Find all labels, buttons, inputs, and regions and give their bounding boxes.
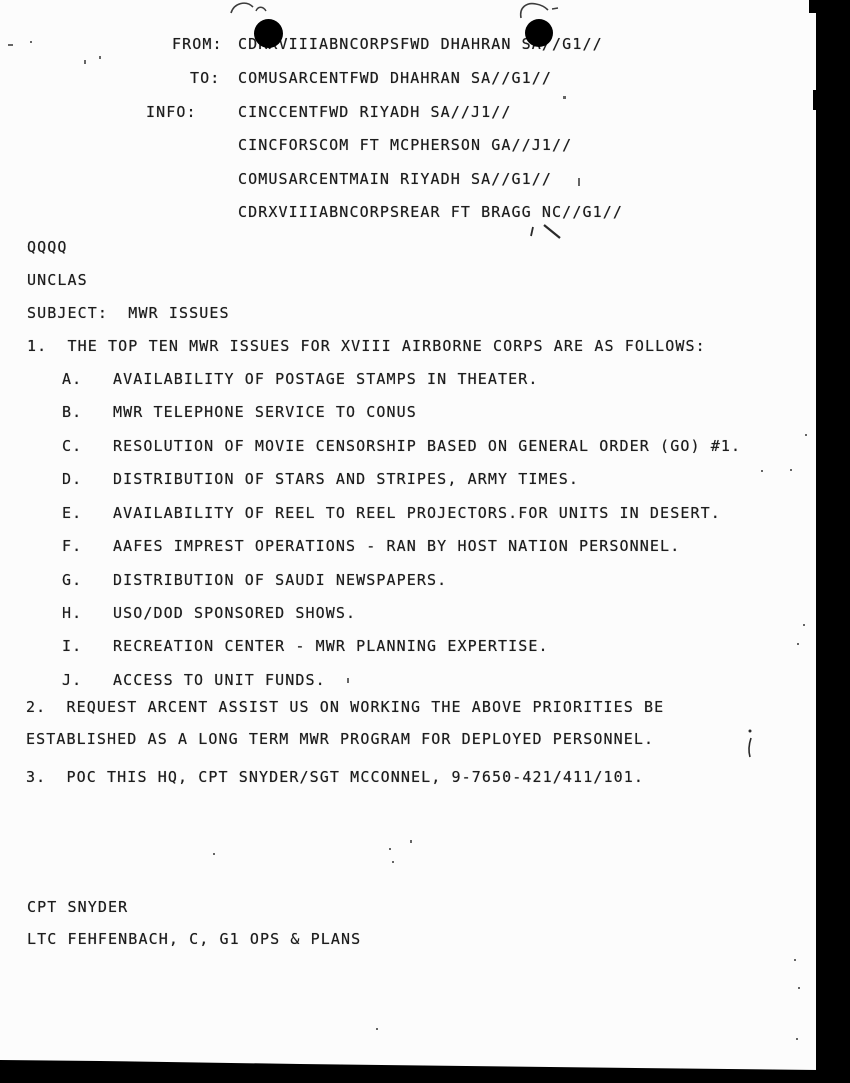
paragraph-2-line-2: ESTABLISHED AS A LONG TERM MWR PROGRAM F… bbox=[26, 732, 654, 748]
issue-letter: C. bbox=[62, 437, 82, 455]
message-code-line: QQQQ bbox=[27, 240, 68, 256]
issue-item-d: D.DISTRIBUTION OF STARS AND STRIPES, ARM… bbox=[62, 472, 822, 488]
paragraph-3: 3. POC THIS HQ, CPT SNYDER/SGT MCCONNEL,… bbox=[26, 770, 644, 786]
issue-text: AAFES IMPREST OPERATIONS - RAN BY HOST N… bbox=[113, 539, 680, 554]
pen-tick-mark bbox=[531, 227, 533, 236]
pen-slash-mark bbox=[544, 225, 560, 238]
issue-letter: D. bbox=[62, 470, 82, 488]
issue-letter: J. bbox=[62, 671, 82, 689]
to-value: COMUSARCENTFWD DHAHRAN SA//G1// bbox=[238, 71, 552, 87]
scan-speck bbox=[790, 469, 792, 471]
pencil-squiggle-mark bbox=[256, 7, 266, 11]
from-label: FROM: bbox=[172, 37, 223, 53]
redaction-dot bbox=[525, 19, 553, 47]
scan-speck bbox=[794, 959, 796, 961]
issue-letter: F. bbox=[62, 537, 82, 555]
ink-dot-mark bbox=[749, 730, 752, 733]
issue-item-f: F.AAFES IMPREST OPERATIONS - RAN BY HOST… bbox=[62, 539, 822, 555]
issue-letter: H. bbox=[62, 604, 82, 622]
info-label: INFO: bbox=[146, 105, 197, 121]
scan-edge-artifact-notch bbox=[809, 0, 816, 13]
scan-speck bbox=[347, 678, 349, 683]
scan-speck bbox=[563, 96, 566, 99]
scan-speck bbox=[805, 434, 807, 436]
scan-speck bbox=[84, 60, 86, 64]
issue-text: USO/DOD SPONSORED SHOWS. bbox=[113, 606, 356, 621]
issue-letter: I. bbox=[62, 637, 82, 655]
scan-speck bbox=[796, 1038, 798, 1040]
issue-text: RESOLUTION OF MOVIE CENSORSHIP BASED ON … bbox=[113, 439, 741, 454]
issue-item-g: G.DISTRIBUTION OF SAUDI NEWSPAPERS. bbox=[62, 573, 822, 589]
scan-speck bbox=[803, 624, 805, 626]
scan-edge-artifact-bottom bbox=[0, 1050, 850, 1083]
issue-letter: B. bbox=[62, 403, 82, 421]
to-label: TO: bbox=[190, 71, 220, 87]
scan-speck bbox=[798, 987, 800, 989]
issue-text: RECREATION CENTER - MWR PLANNING EXPERTI… bbox=[113, 639, 549, 654]
scanned-message-page: FROM: CDRXVIIIABNCORPSFWD DHAHRAN SA//G1… bbox=[0, 0, 850, 1083]
issue-text: MWR TELEPHONE SERVICE TO CONUS bbox=[113, 405, 417, 420]
issue-text: DISTRIBUTION OF SAUDI NEWSPAPERS. bbox=[113, 573, 447, 588]
issue-item-c: C.RESOLUTION OF MOVIE CENSORSHIP BASED O… bbox=[62, 439, 822, 455]
ink-stroke-mark bbox=[749, 738, 751, 757]
classification-line: UNCLAS bbox=[27, 273, 88, 289]
issue-letter: A. bbox=[62, 370, 82, 388]
pencil-squiggle-mark bbox=[231, 3, 253, 13]
info-value: CINCCENTFWD RIYADH SA//J1// bbox=[238, 105, 512, 121]
issue-item-b: B.MWR TELEPHONE SERVICE TO CONUS bbox=[62, 405, 822, 421]
issue-item-h: H.USO/DOD SPONSORED SHOWS. bbox=[62, 606, 822, 622]
info-value: CINCFORSCOM FT MCPHERSON GA//J1// bbox=[238, 138, 572, 154]
paragraph-2-line-1: 2. REQUEST ARCENT ASSIST US ON WORKING T… bbox=[26, 700, 664, 716]
issue-item-e: E.AVAILABILITY OF REEL TO REEL PROJECTOR… bbox=[62, 506, 822, 522]
info-value: COMUSARCENTMAIN RIYADH SA//G1// bbox=[238, 172, 552, 188]
scan-speck bbox=[99, 56, 101, 59]
scan-speck bbox=[797, 643, 799, 645]
issue-text: DISTRIBUTION OF STARS AND STRIPES, ARMY … bbox=[113, 472, 579, 487]
paragraph-1: 1. THE TOP TEN MWR ISSUES FOR XVIII AIRB… bbox=[27, 339, 706, 355]
scan-speck bbox=[761, 470, 763, 472]
scan-speck bbox=[213, 853, 215, 855]
issue-text: ACCESS TO UNIT FUNDS. bbox=[113, 673, 326, 688]
issue-item-i: I.RECREATION CENTER - MWR PLANNING EXPER… bbox=[62, 639, 822, 655]
pencil-arc-mark bbox=[521, 4, 548, 18]
scan-edge-artifact-right bbox=[816, 0, 850, 1083]
info-value: CDRXVIIIABNCORPSREAR FT BRAGG NC//G1// bbox=[238, 205, 623, 221]
signature-line-1: CPT SNYDER bbox=[27, 900, 128, 916]
scan-speck bbox=[410, 840, 412, 843]
issue-item-a: A.AVAILABILITY OF POSTAGE STAMPS IN THEA… bbox=[62, 372, 822, 388]
signature-line-2: LTC FEHFENBACH, C, G1 OPS & PLANS bbox=[27, 932, 361, 948]
scan-speck bbox=[8, 44, 13, 46]
redaction-dot bbox=[254, 19, 283, 48]
issue-text: AVAILABILITY OF POSTAGE STAMPS IN THEATE… bbox=[113, 372, 539, 387]
scan-speck bbox=[376, 1028, 378, 1030]
scan-speck bbox=[578, 178, 580, 186]
scan-speck bbox=[30, 41, 32, 43]
issue-letter: G. bbox=[62, 571, 82, 589]
scan-speck bbox=[389, 848, 391, 850]
scan-edge-artifact-tick bbox=[813, 90, 816, 110]
issue-item-j: J.ACCESS TO UNIT FUNDS. bbox=[62, 673, 822, 689]
scan-speck bbox=[392, 861, 394, 863]
subject-line: SUBJECT: MWR ISSUES bbox=[27, 306, 230, 322]
issue-text: AVAILABILITY OF REEL TO REEL PROJECTORS.… bbox=[113, 506, 721, 521]
issue-letter: E. bbox=[62, 504, 82, 522]
pencil-dash-mark bbox=[552, 8, 558, 9]
